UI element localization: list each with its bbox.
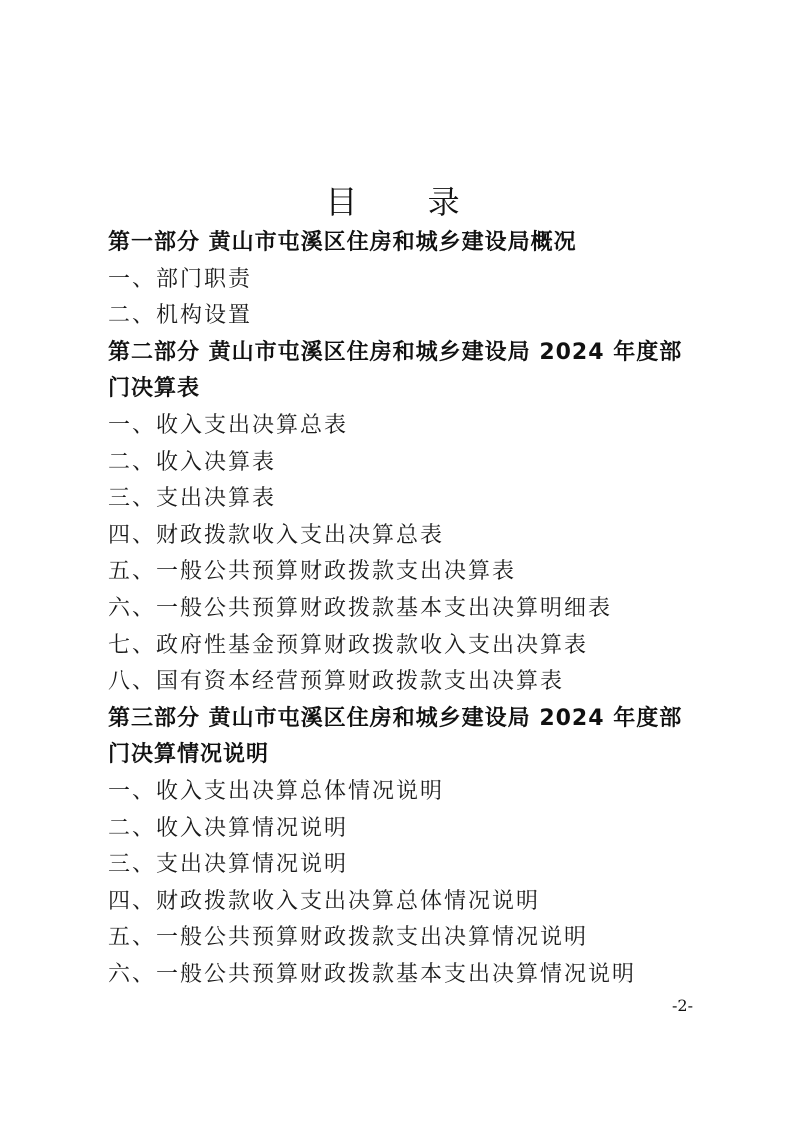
toc-item: 四、财政拨款收入支出决算总体情况说明 [108,884,708,921]
toc-item: 四、财政拨款收入支出决算总表 [108,518,708,555]
toc-item: 三、支出决算表 [108,481,708,518]
toc-item: 五、一般公共预算财政拨款支出决算表 [108,554,708,591]
toc-item: 六、一般公共预算财政拨款基本支出决算情况说明 [108,957,708,994]
toc-item: 五、一般公共预算财政拨款支出决算情况说明 [108,920,708,957]
page-number: -2- [672,996,693,1015]
page-title: 目 录 [0,180,793,224]
toc-item: 二、收入决算表 [108,445,708,482]
document-page: 目 录 第一部分 黄山市屯溪区住房和城乡建设局概况 一、部门职责 二、机构设置 … [0,0,793,1122]
toc-item: 二、收入决算情况说明 [108,811,708,848]
toc-part-3-heading-cont: 门决算情况说明 [108,737,708,774]
toc-item: 六、一般公共预算财政拨款基本支出决算明细表 [108,591,708,628]
table-of-contents: 第一部分 黄山市屯溪区住房和城乡建设局概况 一、部门职责 二、机构设置 第二部分… [108,225,708,993]
toc-item: 一、收入支出决算总表 [108,408,708,445]
toc-item: 七、政府性基金预算财政拨款收入支出决算表 [108,628,708,665]
toc-part-1-heading: 第一部分 黄山市屯溪区住房和城乡建设局概况 [108,225,708,262]
toc-item: 八、国有资本经营预算财政拨款支出决算表 [108,664,708,701]
toc-item: 二、机构设置 [108,298,708,335]
toc-item: 一、部门职责 [108,262,708,299]
toc-part-3-heading: 第三部分 黄山市屯溪区住房和城乡建设局 2024 年度部 [108,701,708,738]
toc-part-2-heading: 第二部分 黄山市屯溪区住房和城乡建设局 2024 年度部 [108,335,708,372]
toc-item: 一、收入支出决算总体情况说明 [108,774,708,811]
toc-part-2-heading-cont: 门决算表 [108,371,708,408]
toc-item: 三、支出决算情况说明 [108,847,708,884]
